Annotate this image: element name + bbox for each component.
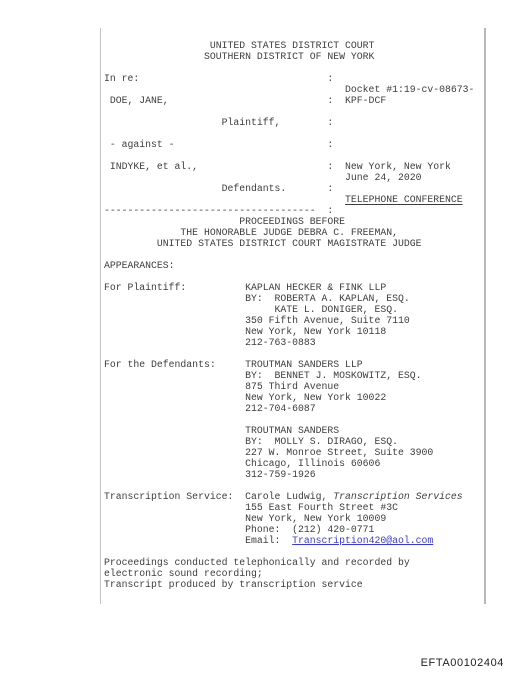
text-run: 155 East Fourth Street #3C	[104, 502, 398, 513]
doc-line	[104, 128, 484, 139]
doc-line: For Plaintiff: KAPLAN HECKER & FINK LLP	[104, 282, 484, 293]
doc-line	[104, 249, 484, 260]
text-run: June 24, 2020	[104, 172, 421, 183]
doc-line: Transcription Service: Carole Ludwig, Tr…	[104, 491, 484, 502]
text-run: For the Defendants: TROUTMAN SANDERS LLP	[104, 359, 363, 370]
text-run: DOE, JANE, : KPF-DCF	[104, 95, 386, 106]
text-run: KATE L. DONIGER, ESQ.	[104, 304, 398, 315]
doc-line: June 24, 2020	[104, 172, 484, 183]
doc-line: BY: BENNET J. MOSKOWITZ, ESQ.	[104, 370, 484, 381]
underlined-text: TELEPHONE CONFERENCE	[345, 194, 463, 205]
doc-line	[104, 271, 484, 282]
text-run: Transcription Service: Carole Ludwig,	[104, 491, 333, 502]
text-run: 212-763-0883	[104, 337, 316, 348]
text-run: 350 Fifth Avenue, Suite 7110	[104, 315, 410, 326]
text-run: INDYKE, et al., : New York, New York	[104, 161, 451, 172]
doc-line: UNITED STATES DISTRICT COURT MAGISTRATE …	[104, 238, 484, 249]
doc-line: KATE L. DONIGER, ESQ.	[104, 304, 484, 315]
doc-line: 875 Third Avenue	[104, 381, 484, 392]
doc-line	[104, 62, 484, 73]
doc-line: DOE, JANE, : KPF-DCF	[104, 95, 484, 106]
text-run: Docket #1:19-cv-08673-	[104, 84, 474, 95]
doc-line: BY: ROBERTA A. KAPLAN, ESQ.	[104, 293, 484, 304]
text-run: THE HONORABLE JUDGE DEBRA C. FREEMAN,	[104, 227, 398, 238]
doc-line	[104, 480, 484, 491]
text-run: Plaintiff, :	[104, 117, 333, 128]
doc-line: THE HONORABLE JUDGE DEBRA C. FREEMAN,	[104, 227, 484, 238]
doc-line: 350 Fifth Avenue, Suite 7110	[104, 315, 484, 326]
doc-line	[104, 106, 484, 117]
doc-line	[104, 546, 484, 557]
doc-line: ------------------------------------ :	[104, 205, 484, 216]
text-run: New York, New York 10118	[104, 326, 386, 337]
doc-line: PROCEEDINGS BEFORE	[104, 216, 484, 227]
text-run	[104, 194, 345, 205]
text-run: SOUTHERN DISTRICT OF NEW YORK	[104, 51, 374, 62]
doc-line: electronic sound recording;	[104, 568, 484, 579]
doc-line: Phone: (212) 420-0771	[104, 524, 484, 535]
text-run: TROUTMAN SANDERS	[104, 425, 339, 436]
doc-line: 155 East Fourth Street #3C	[104, 502, 484, 513]
doc-line: Plaintiff, :	[104, 117, 484, 128]
doc-line: SOUTHERN DISTRICT OF NEW YORK	[104, 51, 484, 62]
doc-line: BY: MOLLY S. DIRAGO, ESQ.	[104, 436, 484, 447]
text-run: UNITED STATES DISTRICT COURT MAGISTRATE …	[104, 238, 421, 249]
doc-line	[104, 348, 484, 359]
text-run: 875 Third Avenue	[104, 381, 339, 392]
doc-line: 212-763-0883	[104, 337, 484, 348]
text-run: Chicago, Illinois 60606	[104, 458, 380, 469]
text-run: Transcript produced by transcription ser…	[104, 579, 363, 590]
text-run: - against - :	[104, 139, 333, 150]
doc-line: APPEARANCES:	[104, 260, 484, 271]
text-run: ------------------------------------ :	[104, 205, 333, 216]
doc-line: TROUTMAN SANDERS	[104, 425, 484, 436]
text-run: 212-704-6087	[104, 403, 316, 414]
doc-line: Email: Transcription420@aol.com	[104, 535, 484, 546]
doc-line: For the Defendants: TROUTMAN SANDERS LLP	[104, 359, 484, 370]
doc-line: Chicago, Illinois 60606	[104, 458, 484, 469]
italic-text: Transcription Services	[333, 491, 462, 502]
text-run: BY: BENNET J. MOSKOWITZ, ESQ.	[104, 370, 421, 381]
transcript-text: UNITED STATES DISTRICT COURT SOUTHERN DI…	[104, 40, 484, 590]
text-run: 227 W. Monroe Street, Suite 3900	[104, 447, 433, 458]
text-run: For Plaintiff: KAPLAN HECKER & FINK LLP	[104, 282, 386, 293]
text-run: Defendants. :	[104, 183, 333, 194]
email-link[interactable]: Transcription420@aol.com	[292, 535, 433, 546]
text-run: New York, New York 10022	[104, 392, 386, 403]
doc-line: - against - :	[104, 139, 484, 150]
doc-line: New York, New York 10022	[104, 392, 484, 403]
text-run: PROCEEDINGS BEFORE	[104, 216, 345, 227]
doc-line: TELEPHONE CONFERENCE	[104, 194, 484, 205]
text-run: Phone: (212) 420-0771	[104, 524, 374, 535]
doc-line: INDYKE, et al., : New York, New York	[104, 161, 484, 172]
screenshot-root: { "page": { "bates": "EFTA00102404", "co…	[0, 0, 512, 678]
doc-line: Defendants. :	[104, 183, 484, 194]
doc-line	[104, 414, 484, 425]
text-run: BY: ROBERTA A. KAPLAN, ESQ.	[104, 293, 410, 304]
doc-line: 212-704-6087	[104, 403, 484, 414]
text-run: BY: MOLLY S. DIRAGO, ESQ.	[104, 436, 398, 447]
text-run: 312-759-1926	[104, 469, 316, 480]
doc-line: UNITED STATES DISTRICT COURT	[104, 40, 484, 51]
doc-line: New York, New York 10118	[104, 326, 484, 337]
text-run: electronic sound recording;	[104, 568, 263, 579]
text-run: In re: :	[104, 73, 333, 84]
text-run: Email:	[104, 535, 292, 546]
text-run: APPEARANCES:	[104, 260, 175, 271]
doc-line: New York, New York 10009	[104, 513, 484, 524]
doc-line	[104, 150, 484, 161]
document-page: UNITED STATES DISTRICT COURT SOUTHERN DI…	[100, 28, 486, 604]
doc-line: In re: :	[104, 73, 484, 84]
text-run: UNITED STATES DISTRICT COURT	[104, 40, 374, 51]
doc-line: Docket #1:19-cv-08673-	[104, 84, 484, 95]
text-run: New York, New York 10009	[104, 513, 386, 524]
bates-number: EFTA00102404	[421, 657, 504, 669]
doc-line: Proceedings conducted telephonically and…	[104, 557, 484, 568]
doc-line: 227 W. Monroe Street, Suite 3900	[104, 447, 484, 458]
doc-line: 312-759-1926	[104, 469, 484, 480]
text-run: Proceedings conducted telephonically and…	[104, 557, 410, 568]
doc-line: Transcript produced by transcription ser…	[104, 579, 484, 590]
